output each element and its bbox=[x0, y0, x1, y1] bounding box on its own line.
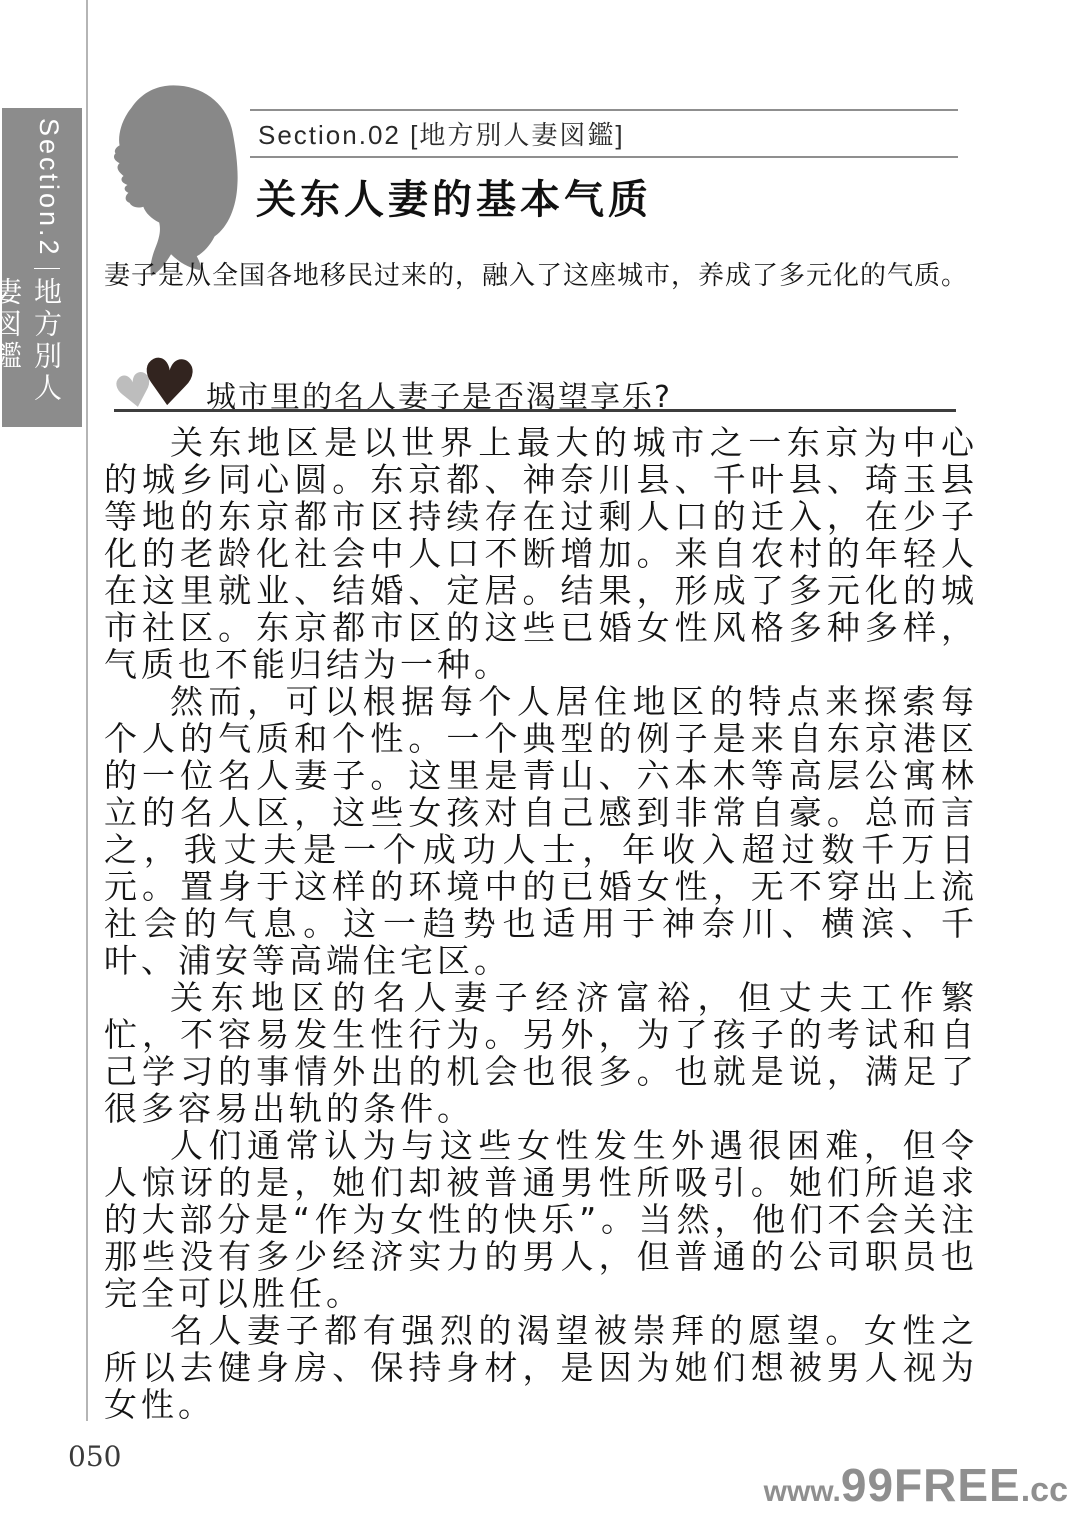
watermark: www.99FREE.cc bbox=[764, 1458, 1068, 1512]
sidebar-series-title: 地方別人妻図鑑 bbox=[0, 277, 66, 427]
header-rule-bottom bbox=[250, 156, 958, 158]
page-number: 050 bbox=[68, 1440, 121, 1473]
paragraph: 关东地区的名人妻子经济富裕，但丈夫工作繁忙，不容易发生性行为。另外，为了孩子的考… bbox=[104, 979, 978, 1127]
sidebar-section-number: Section.2 bbox=[33, 118, 64, 258]
heart-dark-icon: ♥ bbox=[138, 350, 200, 418]
left-margin-rule bbox=[86, 0, 88, 1421]
sidebar-divider bbox=[34, 268, 60, 269]
header-rule-top bbox=[250, 109, 958, 111]
paragraph: 人们通常认为与这些女性发生外遇很困难，但令人惊讶的是，她们却被普通男性所吸引。她… bbox=[104, 1127, 978, 1312]
watermark-suffix: .cc bbox=[1021, 1471, 1068, 1509]
woman-silhouette-icon bbox=[100, 80, 252, 282]
sidebar-section-tab: Section.2 地方別人妻図鑑 bbox=[2, 108, 82, 427]
hearts-decoration: ♥ ♥ bbox=[114, 352, 204, 416]
page-subtitle: 妻子是从全国各地移民过来的，融入了这座城市，养成了多元化的气质。 bbox=[104, 255, 984, 292]
watermark-brand: 99FREE bbox=[841, 1459, 1021, 1511]
paragraph: 然而，可以根据每个人居住地区的特点来探索每个人的气质和个性。一个典型的例子是来自… bbox=[104, 683, 978, 979]
paragraph: 名人妻子都有强烈的渴望被崇拜的愿望。女性之所以去健身房、保持身材，是因为她们想被… bbox=[104, 1312, 978, 1423]
paragraph: 关东地区是以世界上最大的城市之一东京为中心的城乡同心圆。东京都、神奈川县、千叶县… bbox=[104, 424, 978, 683]
header-section-label: Section.02 [地方別人妻図鑑] bbox=[258, 115, 625, 152]
book-page: Section.2 地方別人妻図鑑 Section.02 [地方別人妻図鑑] 关… bbox=[0, 0, 1080, 1532]
article-body: 关东地区是以世界上最大的城市之一东京为中心的城乡同心圆。东京都、神奈川县、千叶县… bbox=[104, 424, 978, 1423]
page-title: 关东人妻的基本气质 bbox=[256, 168, 652, 225]
watermark-prefix: www. bbox=[764, 1475, 841, 1508]
article-heading-underline bbox=[114, 409, 956, 412]
